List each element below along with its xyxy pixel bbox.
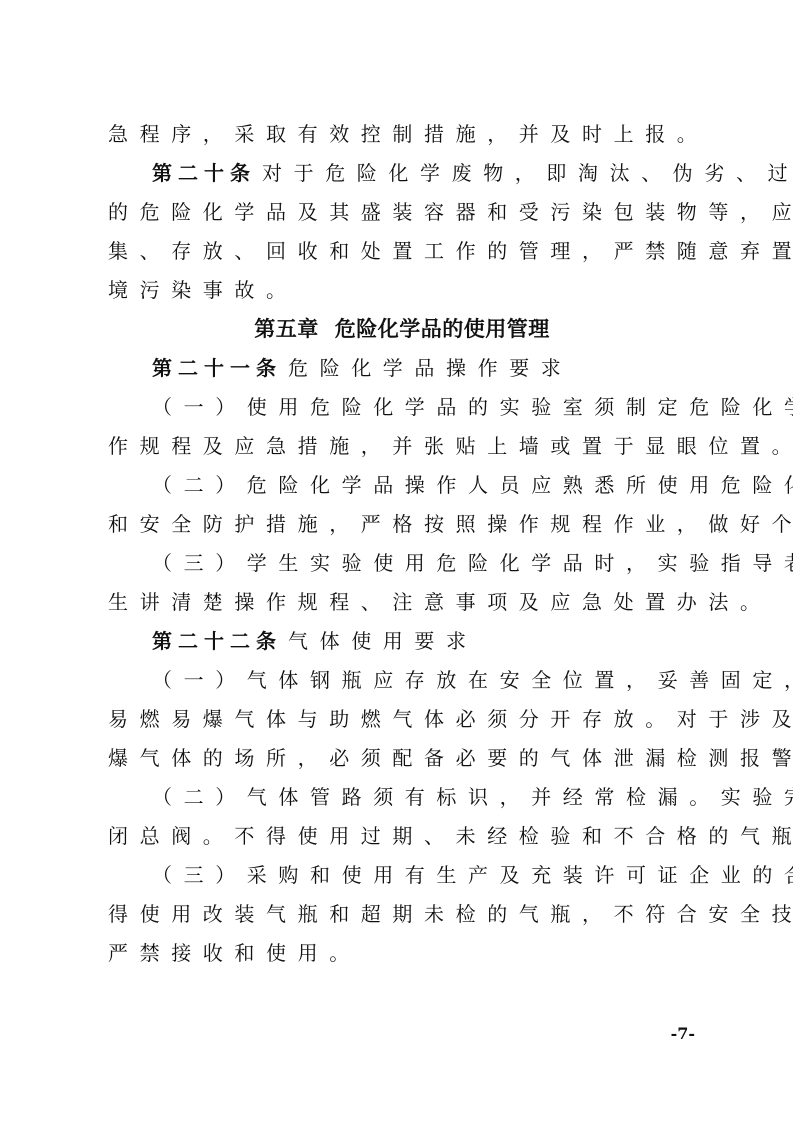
article-label: 第二十二条 xyxy=(152,629,282,653)
text-line: 得使用改装气瓶和超期未检的气瓶，不符合安全技术要求的气瓶 xyxy=(108,895,696,934)
text-line: 生讲清楚操作规程、注意事项及应急处置办法。 xyxy=(108,583,696,622)
text-line: 集、存放、回收和处置工作的管理，严禁随意弃置，防止发生环 xyxy=(108,232,696,271)
text-line: 闭总阀。不得使用过期、未经检验和不合格的气瓶。 xyxy=(108,817,696,856)
chapter-title: 危险化学品的使用管理 xyxy=(335,317,550,341)
article-21-heading: 第二十一条危险化学品操作要求 xyxy=(108,349,696,388)
text-line: （三）采购和使用有生产及充装许可证企业的合格气体，不 xyxy=(108,856,696,895)
article-label: 第二十一条 xyxy=(152,356,282,380)
text-line: （二）气体管路须有标识，并经常检漏。实验完毕，必须关 xyxy=(108,778,696,817)
article-text: 对于危险化学废物，即淘汰、伪劣、过期、失效 xyxy=(262,161,793,185)
text-line: 易燃易爆气体与助燃气体必须分开存放。对于涉及有毒、易燃易 xyxy=(108,700,696,739)
text-line: 作规程及应急措施，并张贴上墙或置于显眼位置。 xyxy=(108,427,696,466)
chapter-number: 第五章 xyxy=(254,317,319,341)
page-number: -7- xyxy=(671,1024,695,1043)
document-page: 急程序，采取有效控制措施，并及时上报。 第二十条对于危险化学废物，即淘汰、伪劣、… xyxy=(0,0,793,1122)
text-line: 急程序，采取有效控制措施，并及时上报。 xyxy=(108,115,696,154)
text-line: 爆气体的场所，必须配备必要的气体泄漏检测报警装置。 xyxy=(108,739,696,778)
text-line: 严禁接收和使用。 xyxy=(108,934,696,973)
text-line: （一）使用危险化学品的实验室须制定危险化学品的安全操 xyxy=(108,388,696,427)
text-line: （二）危险化学品操作人员应熟悉所使用危险化学品的性质 xyxy=(108,466,696,505)
article-20-first-line: 第二十条对于危险化学废物，即淘汰、伪劣、过期、失效 xyxy=(108,154,696,193)
article-label: 第二十条 xyxy=(152,161,256,185)
article-heading: 危险化学品操作要求 xyxy=(288,356,572,380)
chapter-heading: 第五章危险化学品的使用管理 xyxy=(108,310,696,349)
article-22-heading: 第二十二条气体使用要求 xyxy=(108,622,696,661)
text-line: 境污染事故。 xyxy=(108,271,696,310)
text-line: （一）气体钢瓶应存放在安全位置，妥善固定，远离热源。 xyxy=(108,661,696,700)
article-heading: 气体使用要求 xyxy=(288,629,478,653)
text-line: 的危险化学品及其盛装容器和受污染包装物等，应严格加强收 xyxy=(108,193,696,232)
text-line: 和安全防护措施，严格按照操作规程作业，做好个人安全防护。 xyxy=(108,505,696,544)
text-line: （三）学生实验使用危险化学品时，实验指导老师必须向学 xyxy=(108,544,696,583)
page-body: 急程序，采取有效控制措施，并及时上报。 第二十条对于危险化学废物，即淘汰、伪劣、… xyxy=(108,115,696,973)
